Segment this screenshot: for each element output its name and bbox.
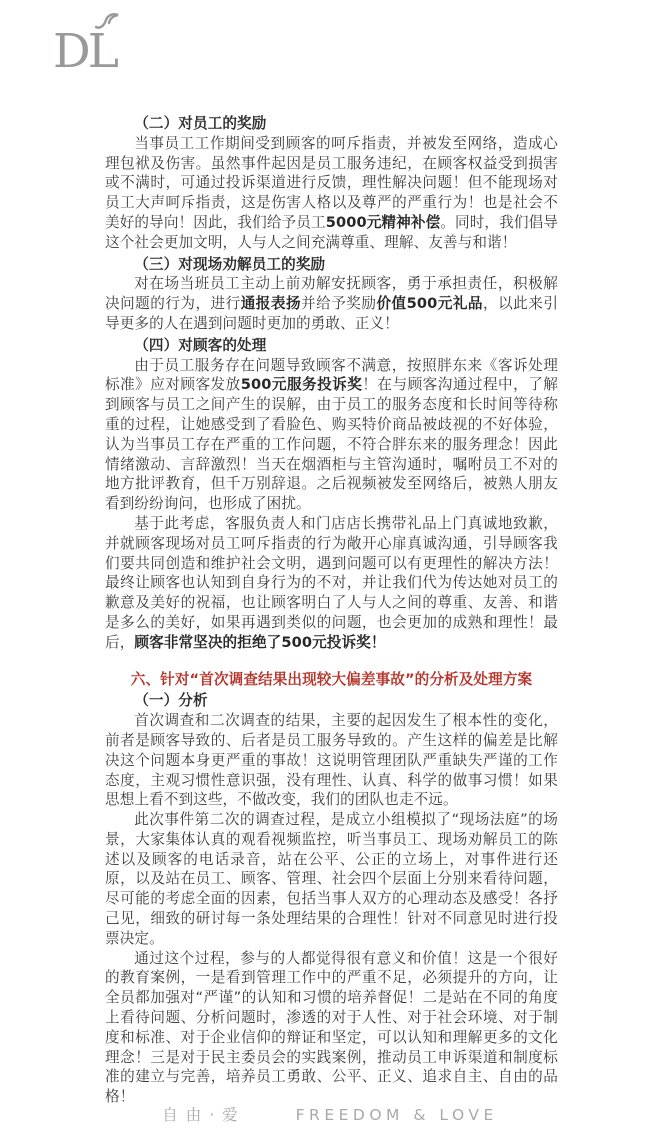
highlighted-text: 顾客非常坚决的拒绝了500元投诉奖！ <box>134 634 385 651</box>
logo-letter-l: L <box>88 28 116 75</box>
body-paragraph: 此次事件第二次的调查过程，是成立小组模拟了“现场法庭”的场景，大家集体认真的观看… <box>105 810 558 949</box>
highlighted-text: 通报表扬 <box>241 295 301 312</box>
footer-slogan-chinese: 自由·爱 <box>162 1104 245 1126</box>
document-body: （二）对员工的奖励当事员工工作期间受到顾客的呵斥指责，并被发至网络，造成心理包袱… <box>105 112 558 1107</box>
highlighted-text: 价值500元礼品 <box>376 295 483 312</box>
body-paragraph: 对在场当班员工主动上前劝解安抚顾客，勇于承担责任，积极解决问题的行为，进行通报表… <box>105 274 558 333</box>
body-paragraph: 由于员工服务存在问题导致顾客不满意，按照胖东来《客诉处理标准》应对顾客发放500… <box>105 356 558 514</box>
footer-slogan-english: FREEDOM & LOVE <box>296 1104 498 1126</box>
body-paragraph: 首次调查和二次调查的结果，主要的起因发生了根本性的变化，前者是顾客导致的、后者是… <box>105 711 558 810</box>
section-heading: （二）对员工的奖励 <box>105 114 558 134</box>
logo-letter-d: D <box>53 24 88 79</box>
section-heading: （四）对顾客的处理 <box>105 336 558 356</box>
highlighted-text: 500元服务投诉奖 <box>241 376 363 393</box>
body-text: ！在与顾客沟通过程中，了解到顾客与员工之间产生的误解，由于员工的服务态度和长时间… <box>105 376 558 512</box>
bird-swoosh-icon <box>94 12 120 30</box>
body-paragraph: 基于此考虑，客服负责人和门店店长携带礼品上门真诚地致歉，并就顾客现场对员工呵斥指… <box>105 514 558 653</box>
body-text: 通过这个过程，参与的人都觉得很有意义和价值！这是一个很好的教育案例，一是看到管理… <box>105 950 558 1106</box>
section-heading: （三）对现场劝解员工的奖励 <box>105 255 558 275</box>
body-text: 首次调查和二次调查的结果，主要的起因发生了根本性的变化，前者是顾客导致的、后者是… <box>105 712 558 808</box>
body-paragraph: 通过这个过程，参与的人都觉得很有意义和价值！这是一个很好的教育案例，一是看到管理… <box>105 949 558 1107</box>
footer: 自由·爱 FREEDOM & LOVE <box>0 1104 660 1126</box>
body-text: 并给予奖励 <box>301 295 376 312</box>
section-heading: （一）分析 <box>105 691 558 711</box>
body-text: 基于此考虑，客服负责人和门店店长携带礼品上门真诚地致歉，并就顾客现场对员工呵斥指… <box>105 515 558 651</box>
highlighted-text: 5000元精神补偿 <box>326 214 441 231</box>
dl-logo: DL <box>53 28 116 75</box>
body-paragraph: 当事员工工作期间受到顾客的呵斥指责，并被发至网络，造成心理包袱及伤害。虽然事件起… <box>105 134 558 253</box>
body-text: 此次事件第二次的调查过程，是成立小组模拟了“现场法庭”的场景，大家集体认真的观看… <box>105 811 558 947</box>
main-heading: 六、针对“首次调查结果出现较大偏差事故”的分析及处理方案 <box>105 670 558 690</box>
